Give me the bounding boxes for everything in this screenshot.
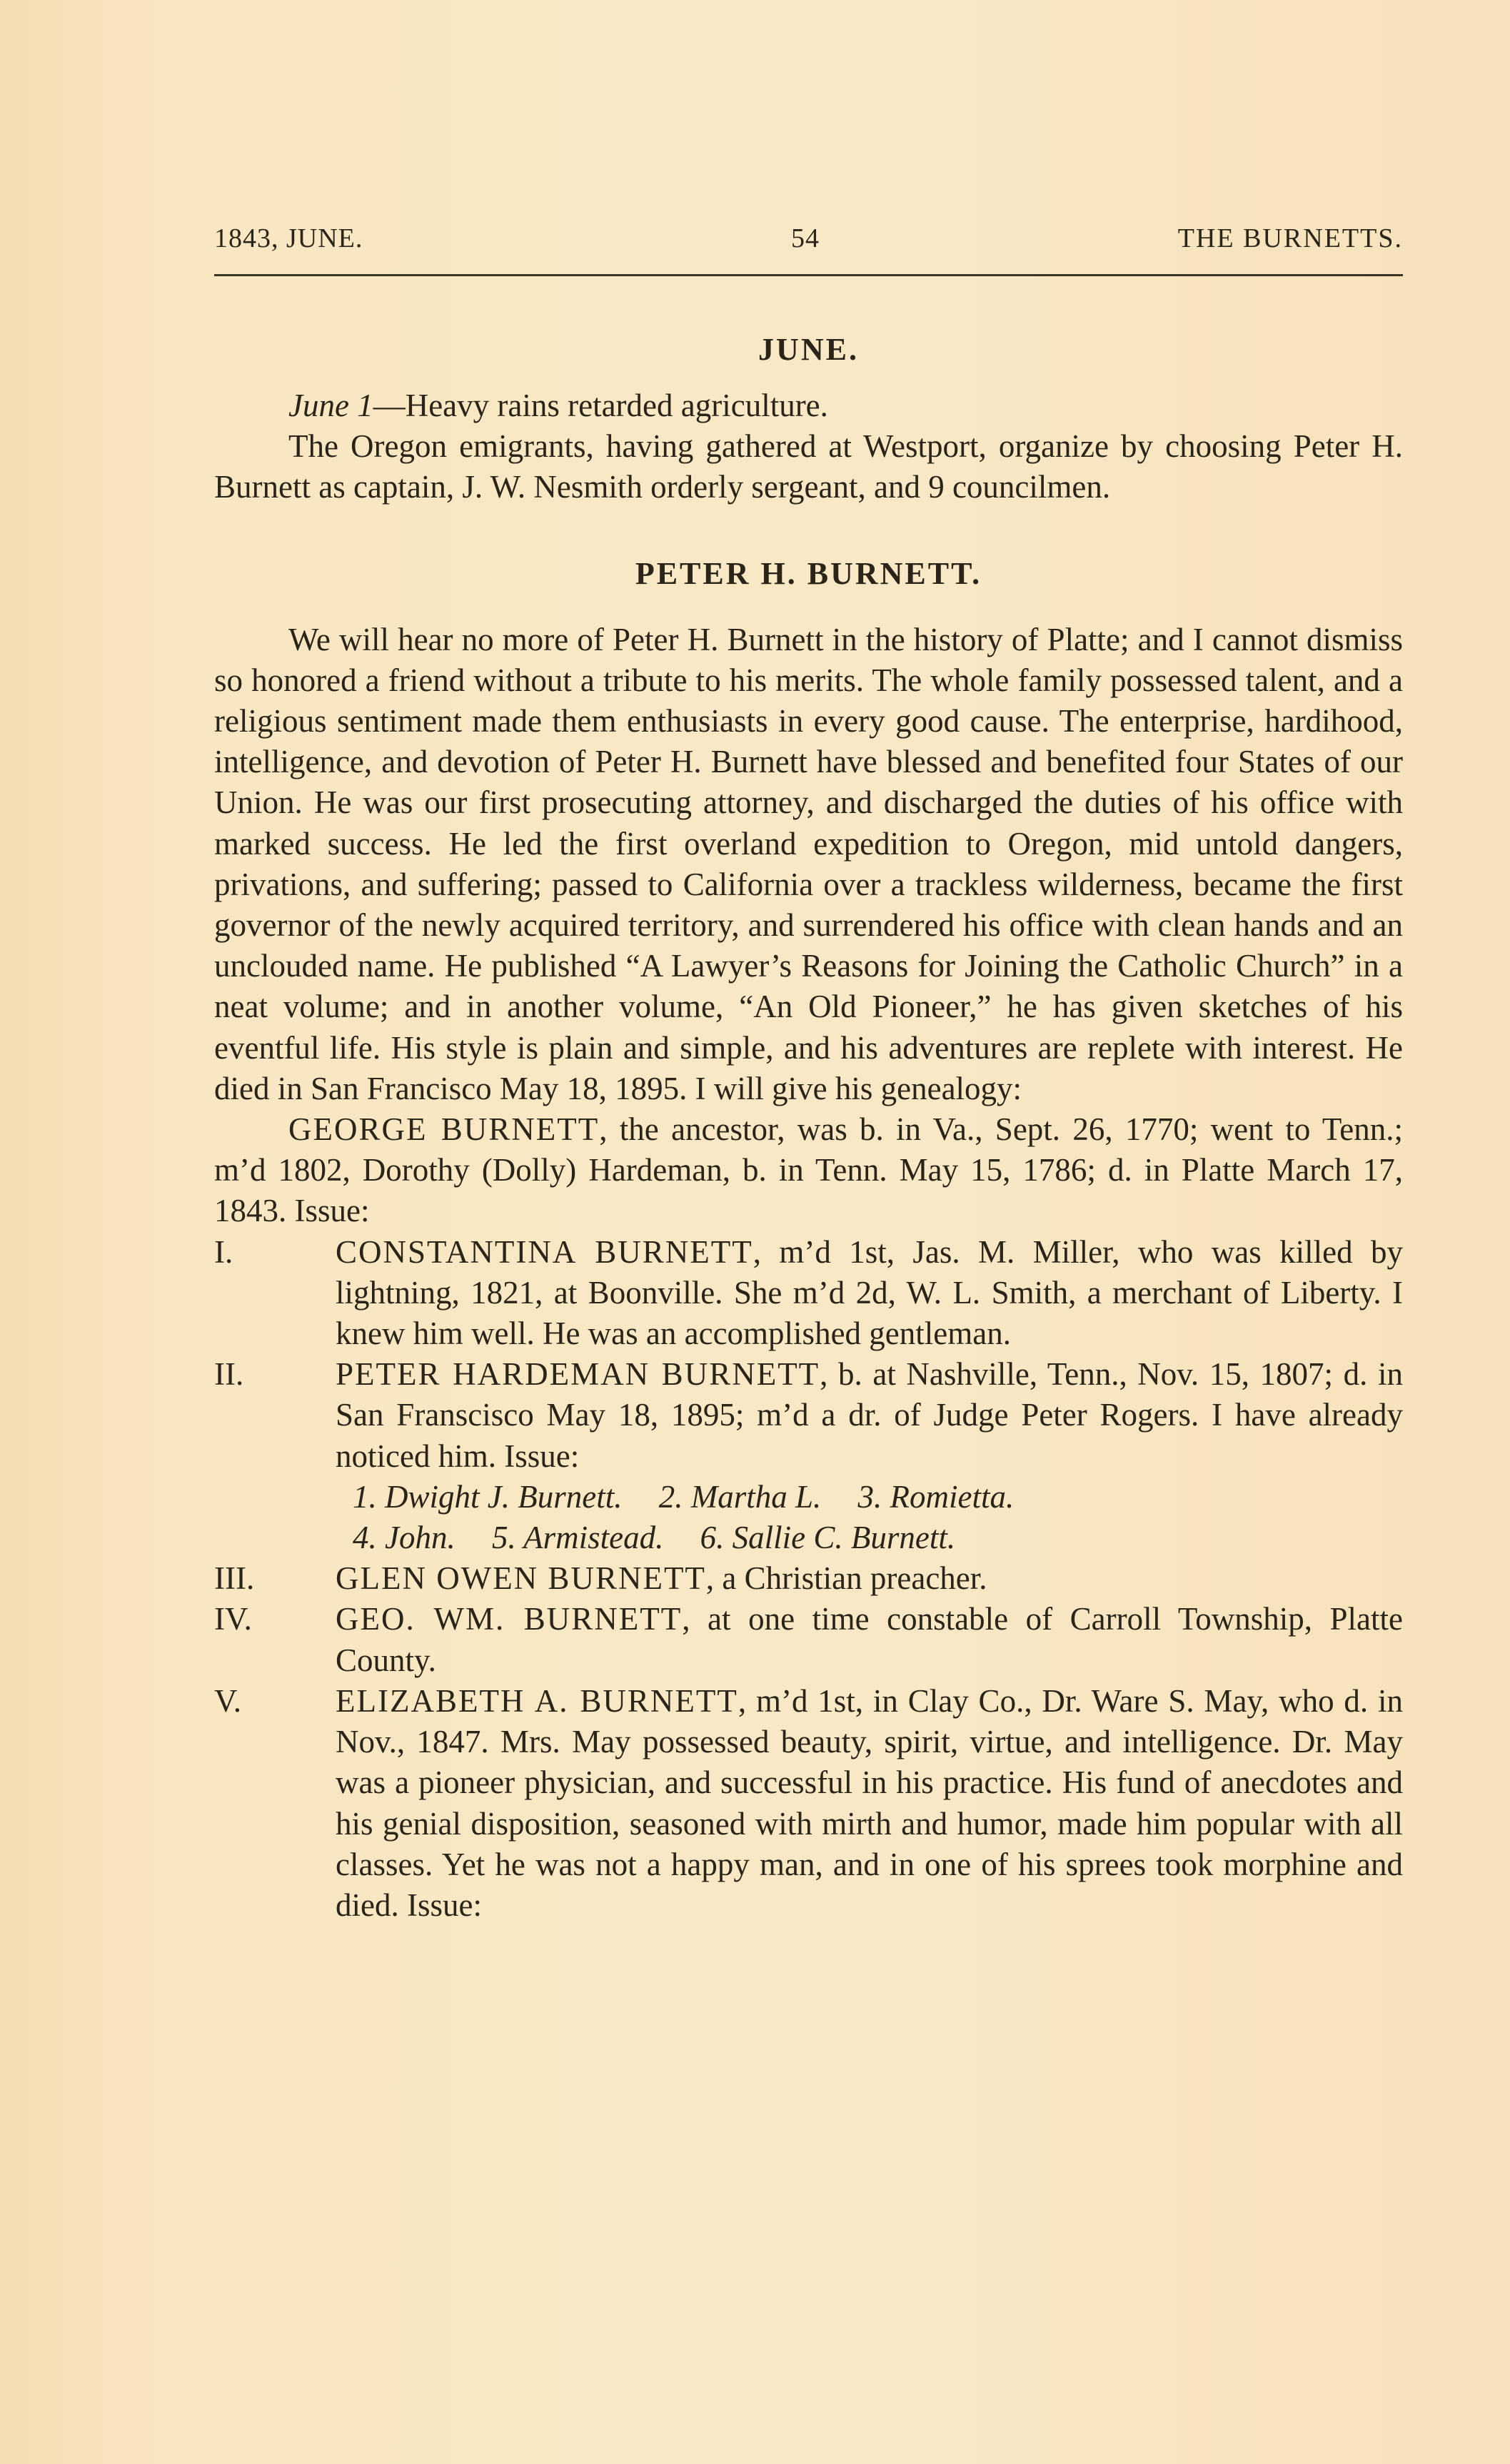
children-list-line-1: 1. Dwight J. Burnett. 2. Martha L. 3. Ro… [214, 1477, 1403, 1518]
june-1-entry: June 1—Heavy rains retarded agriculture. [214, 385, 1403, 426]
entry-name: GEO. WM. BURNETT [336, 1601, 682, 1637]
running-head: 1843, JUNE. 54 THE BURNETTS. [214, 214, 1403, 264]
ancestor-name: GEORGE BURNETT [288, 1111, 599, 1147]
entry-numeral: V. [214, 1681, 318, 1722]
genealogy-entry-5: V. ELIZABETH A. BURNETT, m’d 1st, in Cla… [214, 1681, 1403, 1926]
child-item: 4. John. [353, 1520, 455, 1555]
running-head-date: 1843, JUNE. [214, 223, 363, 254]
page-number: 54 [791, 223, 820, 254]
genealogy-entry-3: III. GLEN OWEN BURNETT, a Christian prea… [214, 1558, 1403, 1599]
header-rule-divider [214, 274, 1403, 276]
genealogy-entry-1: I. CONSTANTINA BURNETT, m’d 1st, Jas. M.… [214, 1232, 1403, 1355]
children-list-line-2: 4. John. 5. Armistead. 6. Sallie C. Burn… [214, 1518, 1403, 1558]
entry-name: PETER HARDEMAN BURNETT [336, 1356, 820, 1392]
child-item: 6. Sallie C. Burnett. [700, 1520, 955, 1555]
entry-name: CONSTANTINA BURNETT [336, 1234, 753, 1270]
entry-name: ELIZABETH A. BURNETT [336, 1683, 738, 1719]
child-item: 1. Dwight J. Burnett. [353, 1479, 622, 1515]
section-title-june: JUNE. [214, 314, 1403, 385]
genealogy-entry-2: II. PETER HARDEMAN BURNETT, b. at Nashvi… [214, 1354, 1403, 1477]
oregon-emigrants-paragraph: The Oregon emigrants, having gathered at… [214, 426, 1403, 508]
child-item: 2. Martha L. [659, 1479, 822, 1515]
date-label: June 1 [288, 388, 373, 423]
child-item: 5. Armistead. [492, 1520, 663, 1555]
entry-text: , m’d 1st, in Clay Co., Dr. Ware S. May,… [336, 1683, 1403, 1923]
tribute-paragraph: We will hear no more of Peter H. Burnett… [214, 620, 1403, 1109]
entry-numeral: I. [214, 1232, 318, 1273]
section-title-peter-burnett: PETER H. BURNETT. [214, 545, 1403, 602]
entry-numeral: II. [214, 1354, 318, 1395]
child-item: 3. Romietta. [858, 1479, 1015, 1515]
june-1-text: —Heavy rains retarded agriculture. [373, 388, 828, 423]
entry-text: , a Christian preacher. [706, 1560, 987, 1596]
genealogy-entry-4: IV. GEO. WM. BURNETT, at one time consta… [214, 1599, 1403, 1680]
entry-name: GLEN OWEN BURNETT [336, 1560, 706, 1596]
entry-numeral: IV. [214, 1599, 318, 1640]
page-body: JUNE. June 1—Heavy rains retarded agricu… [214, 314, 1403, 1926]
running-head-title: THE BURNETTS. [1178, 223, 1403, 254]
ancestor-paragraph: GEORGE BURNETT, the ancestor, was b. in … [214, 1109, 1403, 1232]
entry-numeral: III. [214, 1558, 318, 1599]
